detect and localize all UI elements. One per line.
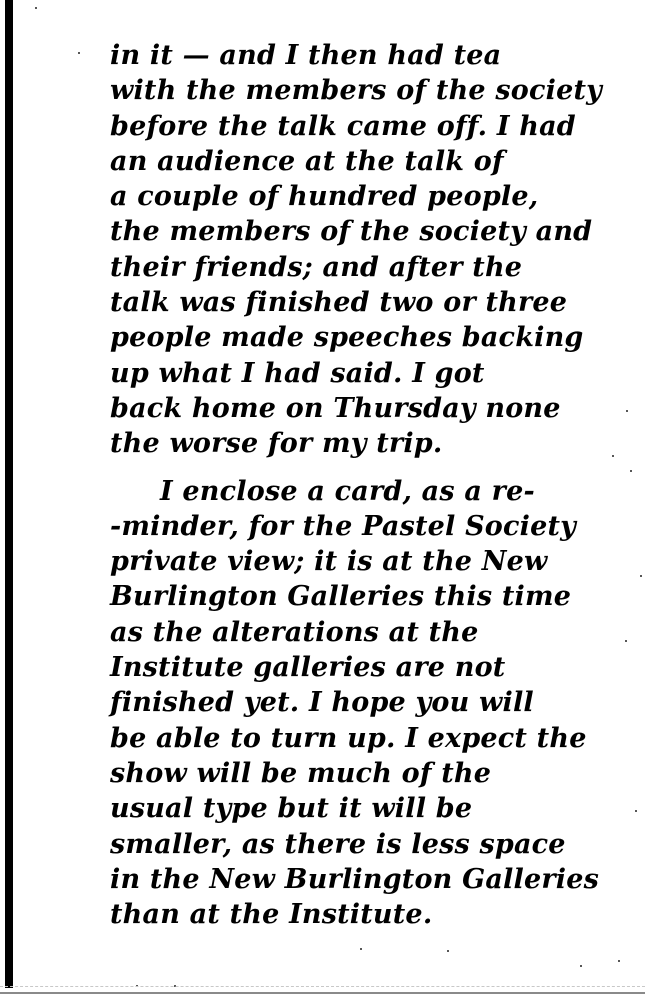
paragraph-2: I enclose a card, as a re- -minder, for … xyxy=(110,474,640,933)
letter-line: the worse for my trip. xyxy=(110,426,640,461)
letter-line: in the New Burlington Galleries xyxy=(110,862,640,897)
letter-line: usual type but it will be xyxy=(110,791,640,826)
scan-speck xyxy=(625,640,627,642)
letter-line: Institute galleries are not xyxy=(110,650,640,685)
letter-line: -minder, for the Pastel Society xyxy=(110,509,640,544)
letter-line: people made speeches backing xyxy=(110,320,640,355)
scan-speck xyxy=(626,410,628,412)
letter-line: be able to turn up. I expect the xyxy=(110,721,640,756)
letter-line: show will be much of the xyxy=(110,756,640,791)
letter-line: a couple of hundred people, xyxy=(110,179,640,214)
scan-speck xyxy=(447,950,449,952)
letter-body: in it — and I then had tea with the memb… xyxy=(110,38,640,932)
scan-speck xyxy=(580,965,582,967)
letter-line: Burlington Galleries this time xyxy=(110,579,640,614)
letter-line: their friends; and after the xyxy=(110,250,640,285)
scan-speck xyxy=(78,52,80,54)
letter-line: than at the Institute. xyxy=(110,897,640,932)
scan-speck xyxy=(360,948,362,950)
letter-line: the members of the society and xyxy=(110,214,640,249)
paragraph-1: in it — and I then had tea with the memb… xyxy=(110,38,640,462)
scan-speck xyxy=(612,455,614,457)
scan-speck xyxy=(635,810,637,812)
scan-speck xyxy=(35,7,37,9)
letter-line: an audience at the talk of xyxy=(110,144,640,179)
letter-line: private view; it is at the New xyxy=(110,544,640,579)
scan-left-edge-bar xyxy=(5,0,13,988)
letter-line: with the members of the society xyxy=(110,73,640,108)
scan-speck xyxy=(618,960,620,962)
letter-line: finished yet. I hope you will xyxy=(110,685,640,720)
letter-line: back home on Thursday none xyxy=(110,391,640,426)
scan-speck xyxy=(630,470,632,472)
letter-line: as the alterations at the xyxy=(110,615,640,650)
letter-line: up what I had said. I got xyxy=(110,356,640,391)
letter-line: before the talk came off. I had xyxy=(110,109,640,144)
page-bottom-rule xyxy=(0,992,645,994)
letter-line: talk was finished two or three xyxy=(110,285,640,320)
scan-speck xyxy=(640,575,642,577)
letter-line: I enclose a card, as a re- xyxy=(110,474,640,509)
scan-bottom-noise xyxy=(0,986,645,987)
letter-line: smaller, as there is less space xyxy=(110,827,640,862)
letter-line: in it — and I then had tea xyxy=(110,38,640,73)
